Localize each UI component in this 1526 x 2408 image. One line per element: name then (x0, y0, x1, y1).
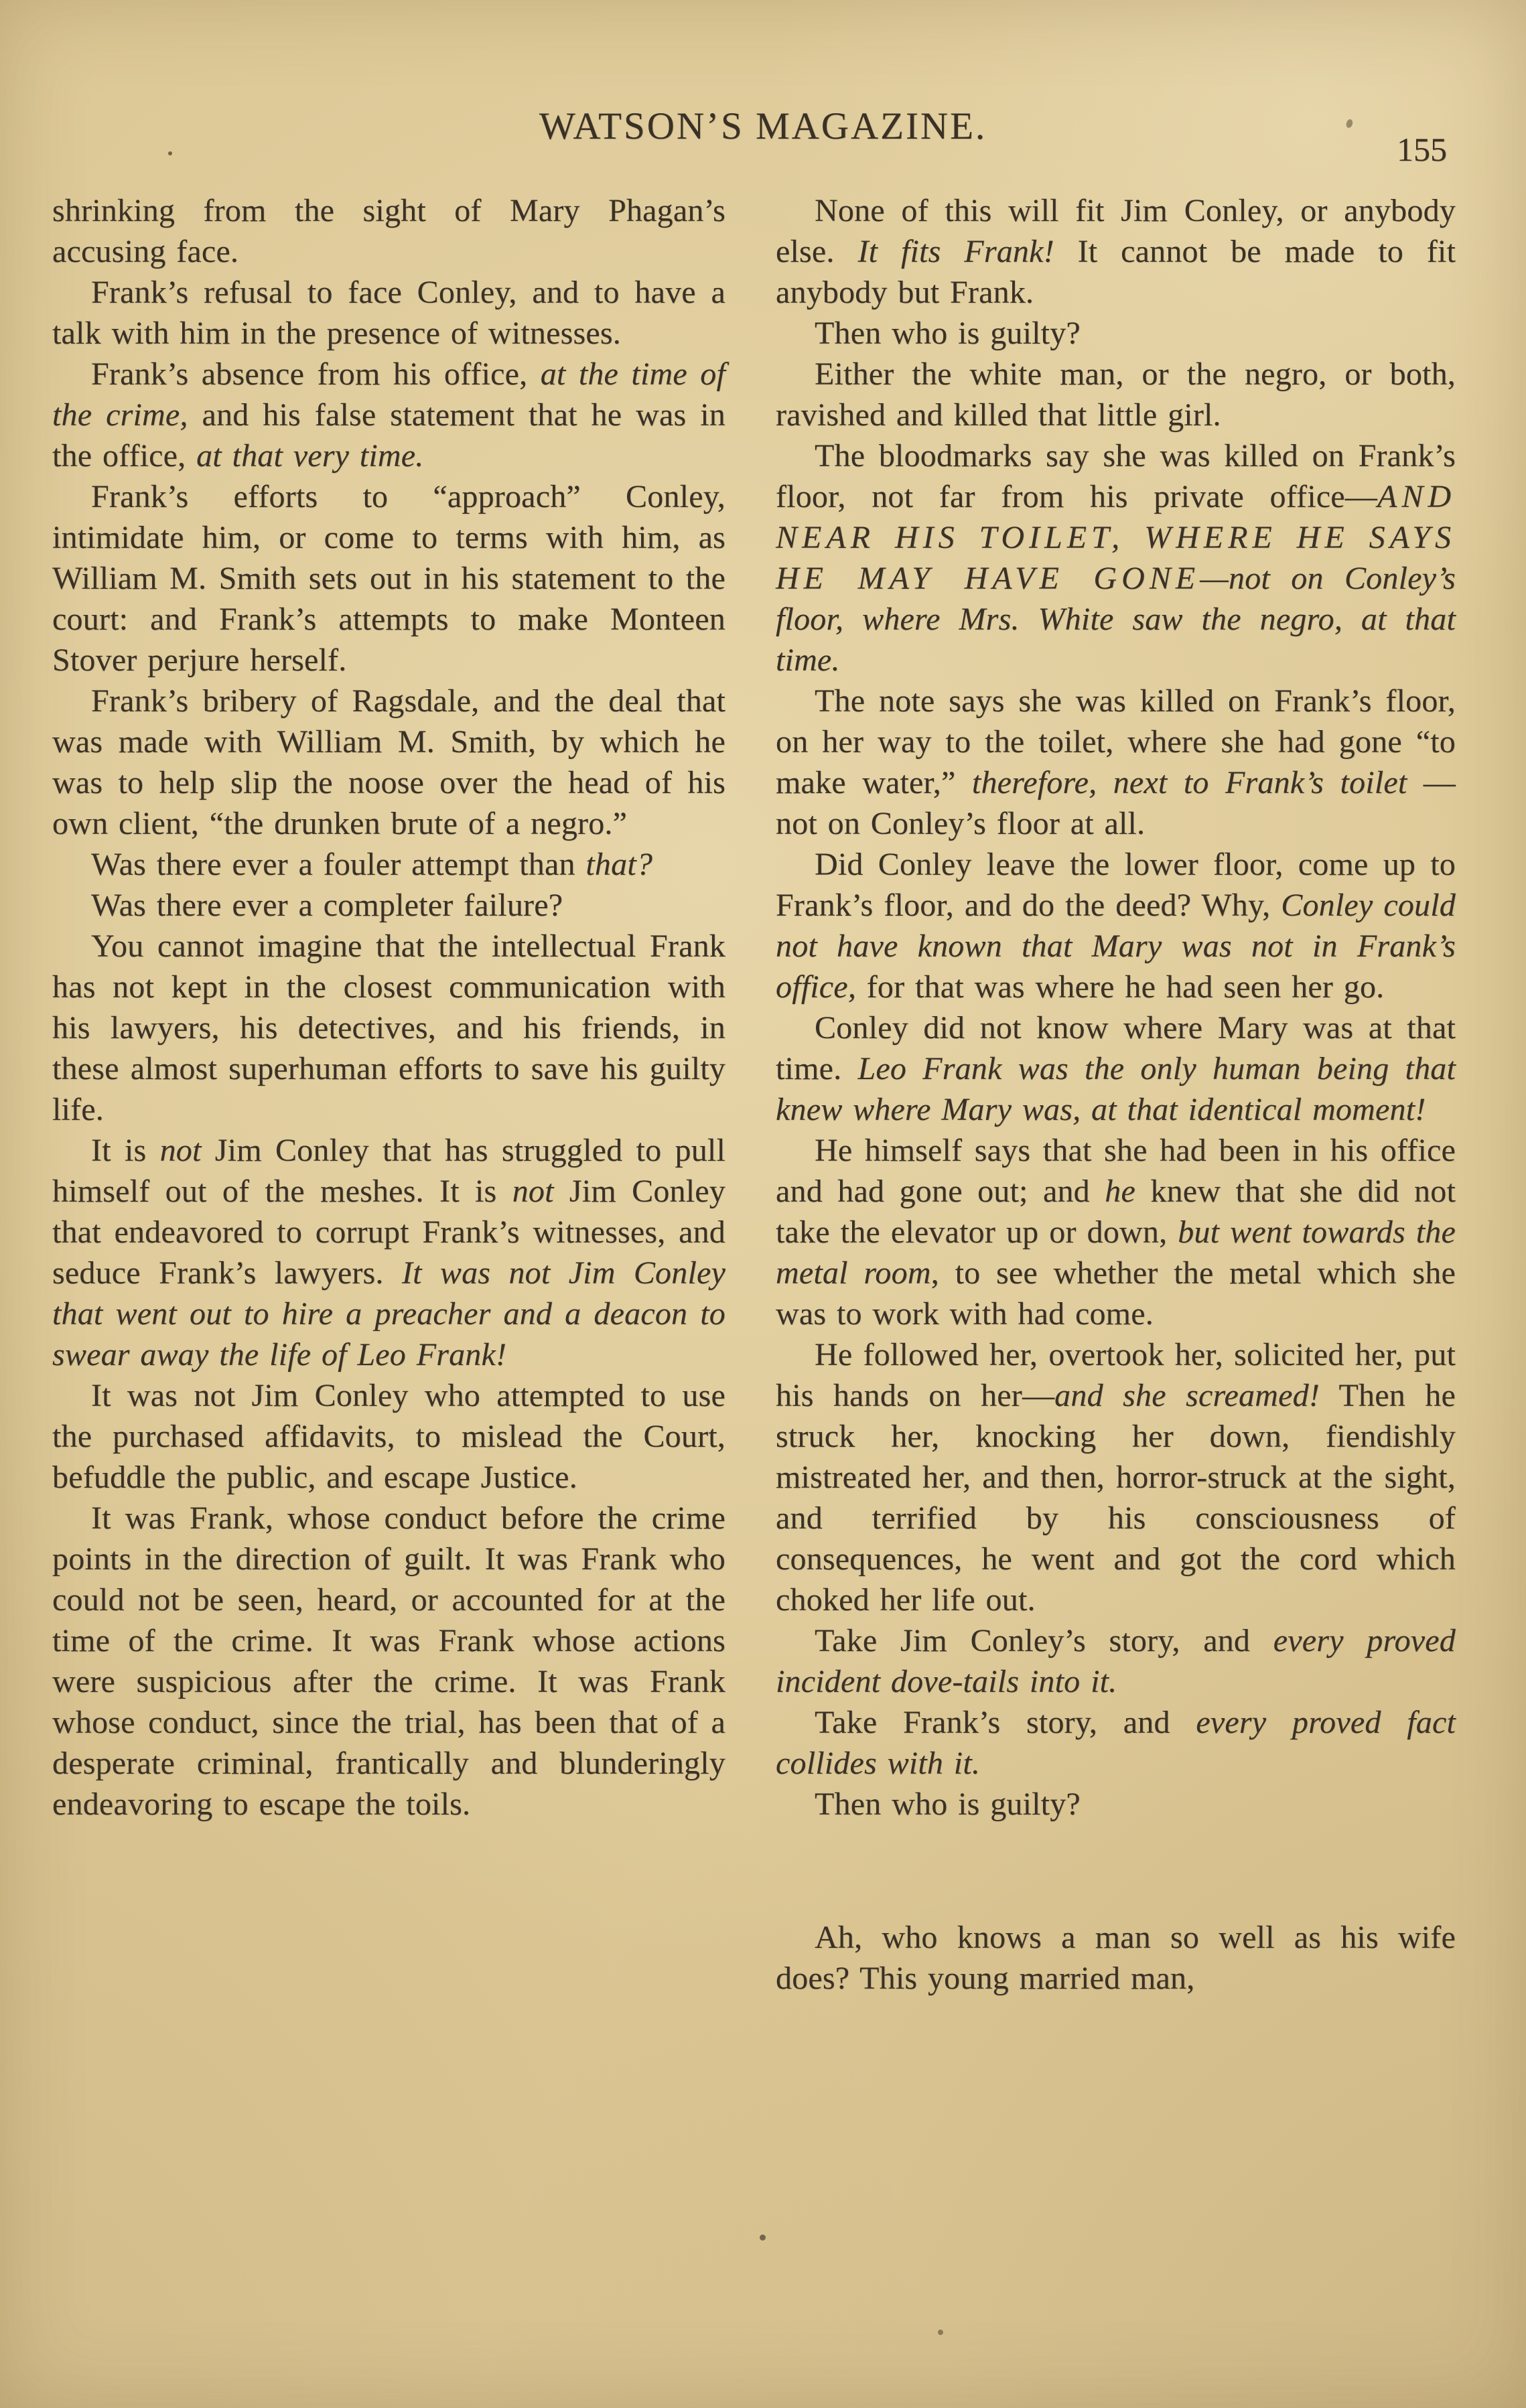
paragraph: He himself says that she had been in his… (776, 1130, 1456, 1334)
paragraph: It was Frank, whose conduct before the c… (52, 1498, 725, 1825)
text-segment: Take Jim Conley’s story, and (815, 1623, 1273, 1658)
text-segment: The bloodmarks say she was killed on Fra… (776, 438, 1456, 514)
text-segment-italic: Leo Frank was the only human being that … (776, 1051, 1456, 1127)
paragraph: Did Conley leave the lower floor, come u… (776, 844, 1456, 1007)
paragraph: The bloodmarks say she was killed on Fra… (776, 435, 1456, 681)
paragraph: Then who is guilty? (776, 1784, 1456, 1825)
page-number: 155 (1397, 130, 1447, 169)
text-segment: Was there ever a fouler attempt than (91, 847, 585, 882)
text-segment-italic: and she screamed! (1054, 1378, 1320, 1413)
scan-speck (760, 2235, 766, 2241)
paragraph: Ah, who knows a man so well as his wife … (776, 1917, 1456, 1999)
magazine-page: WATSON’S MAGAZINE. 155 shrinking from th… (0, 0, 1526, 2408)
text-segment: Take Frank’s story, and (815, 1705, 1196, 1740)
text-segment: It was not Jim Conley who attempted to u… (52, 1378, 725, 1495)
text-segment-italic: It fits Frank! (857, 234, 1054, 269)
text-segment: Was there ever a completer failure? (91, 888, 563, 923)
text-segment-italic: that? (585, 847, 652, 882)
paragraph: None of this will fit Jim Conley, or any… (776, 190, 1456, 313)
text-column-left: shrinking from the sight of Mary Phagan’… (52, 190, 725, 1825)
paragraph: It is not Jim Conley that has struggled … (52, 1130, 725, 1375)
paragraph: Frank’s bribery of Ragsdale, and the dea… (52, 681, 725, 844)
text-segment: Then who is guilty? (815, 315, 1081, 351)
paragraph: Take Frank’s story, and every proved fac… (776, 1702, 1456, 1784)
text-segment: Ah, who knows a man so well as his wife … (776, 1920, 1456, 1996)
text-column-right: None of this will fit Jim Conley, or any… (776, 190, 1456, 1999)
paragraph: Frank’s refusal to face Conley, and to h… (52, 272, 725, 354)
paragraph: Was there ever a fouler attempt than tha… (52, 844, 725, 885)
text-segment: Either the white man, or the negro, or b… (776, 356, 1456, 433)
paragraph: shrinking from the sight of Mary Phagan’… (52, 190, 725, 272)
text-segment-italic: therefore, next to Frank’s toilet (972, 765, 1407, 800)
paragraph: Was there ever a completer failure? (52, 885, 725, 926)
scan-speck (938, 2330, 943, 2335)
text-segment: Frank’s refusal to face Conley, and to h… (52, 275, 725, 351)
text-segment: Frank’s bribery of Ragsdale, and the dea… (52, 683, 725, 841)
paragraph: Frank’s efforts to “approach” Conley, in… (52, 476, 725, 681)
text-segment-italic: he (1105, 1174, 1135, 1209)
paragraph: Then who is guilty? (776, 313, 1456, 354)
text-segment: Frank’s absence from his office, (91, 356, 541, 392)
text-segment: You cannot imagine that the intellectual… (52, 928, 725, 1127)
text-segment: Then who is guilty? (815, 1786, 1081, 1822)
text-segment: for that was where he had seen her go. (856, 969, 1384, 1005)
text-segment: Frank’s efforts to “approach” Conley, in… (52, 479, 725, 678)
text-segment-italic: not (160, 1133, 202, 1168)
paragraph: It was not Jim Conley who attempted to u… (52, 1375, 725, 1498)
text-segment: It is (91, 1133, 160, 1168)
paragraph: Take Jim Conley’s story, and every prove… (776, 1620, 1456, 1702)
paragraph: The note says she was killed on Frank’s … (776, 681, 1456, 844)
text-segment-italic: at that very time. (196, 438, 423, 474)
text-segment: Then he struck her, knocking her down, f… (776, 1378, 1456, 1618)
paragraph: He followed her, overtook her, solicited… (776, 1334, 1456, 1620)
paragraph: You cannot imagine that the intellectual… (52, 926, 725, 1130)
paragraph: Frank’s absence from his office, at the … (52, 354, 725, 476)
paragraph: Either the white man, or the negro, or b… (776, 354, 1456, 435)
text-segment-italic: not (512, 1174, 554, 1209)
text-segment: It was Frank, whose conduct before the c… (52, 1500, 725, 1822)
text-segment: shrinking from the sight of Mary Phagan’… (52, 193, 725, 269)
magazine-title: WATSON’S MAGAZINE. (0, 104, 1526, 148)
paragraph: Conley did not know where Mary was at th… (776, 1007, 1456, 1130)
scan-speck (168, 151, 172, 155)
